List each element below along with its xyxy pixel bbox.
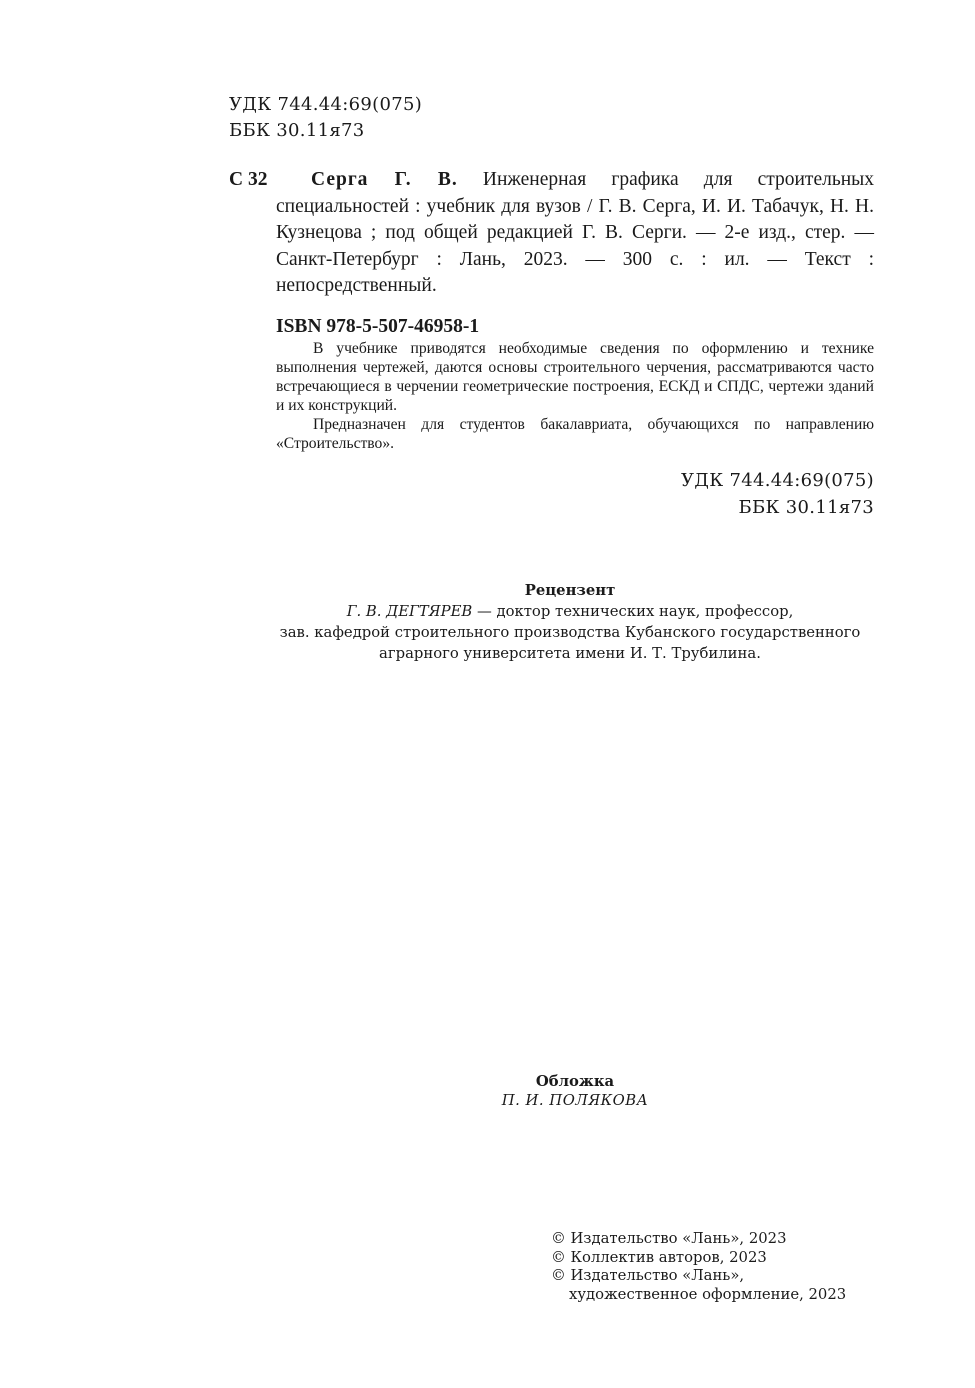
author-mark: С 32 [229, 167, 267, 194]
annotation: В учебнике приводятся необходимые сведен… [276, 339, 874, 453]
copyright-line: художественное оформление, 2023 [551, 1286, 846, 1305]
reviewer-line-2: зав. кафедрой строительного производства… [250, 622, 890, 643]
reviewer-title: — доктор технических наук, профессор, [472, 603, 793, 620]
isbn: ISBN 978-5-507-46958-1 [276, 316, 479, 338]
classification-codes-top: УДК 744.44:69(075) ББК 30.11я73 [229, 92, 422, 144]
bibliographic-record: С 32 Серга Г. В. Инженерная графика для … [229, 167, 874, 300]
author-name: Серга Г. В. [311, 169, 458, 190]
reviewer-block: Рецензент Г. В. ДЕГТЯРЕВ — доктор технич… [250, 580, 890, 664]
annotation-paragraph: В учебнике приводятся необходимые сведен… [276, 339, 874, 415]
reviewer-line-1: Г. В. ДЕГТЯРЕВ — доктор технических наук… [250, 601, 890, 622]
udk-code: УДК 744.44:69(075) [229, 92, 422, 118]
copyright-line: © Издательство «Лань», 2023 [551, 1230, 846, 1249]
copyright-line: © Издательство «Лань», [551, 1267, 846, 1286]
copyright-line: © Коллектив авторов, 2023 [551, 1249, 846, 1268]
cover-credit: Обложка П. И. ПОЛЯКОВА [430, 1072, 720, 1110]
reviewer-name: Г. В. ДЕГТЯРЕВ [347, 603, 473, 620]
udk-code: УДК 744.44:69(075) [681, 467, 874, 494]
cover-heading: Обложка [430, 1072, 720, 1091]
classification-codes-right: УДК 744.44:69(075) ББК 30.11я73 [681, 467, 874, 521]
bbk-code: ББК 30.11я73 [229, 118, 422, 144]
cover-designer: П. И. ПОЛЯКОВА [430, 1091, 720, 1110]
annotation-paragraph: Предназначен для студентов бакалавриата,… [276, 415, 874, 453]
reviewer-heading: Рецензент [250, 580, 890, 601]
reviewer-line-3: аграрного университета имени И. Т. Труби… [250, 643, 890, 664]
copyright-block: © Издательство «Лань», 2023 © Коллектив … [551, 1230, 846, 1304]
bbk-code: ББК 30.11я73 [681, 494, 874, 521]
bibliographic-description: Серга Г. В. Инженерная графика для строи… [276, 167, 874, 300]
